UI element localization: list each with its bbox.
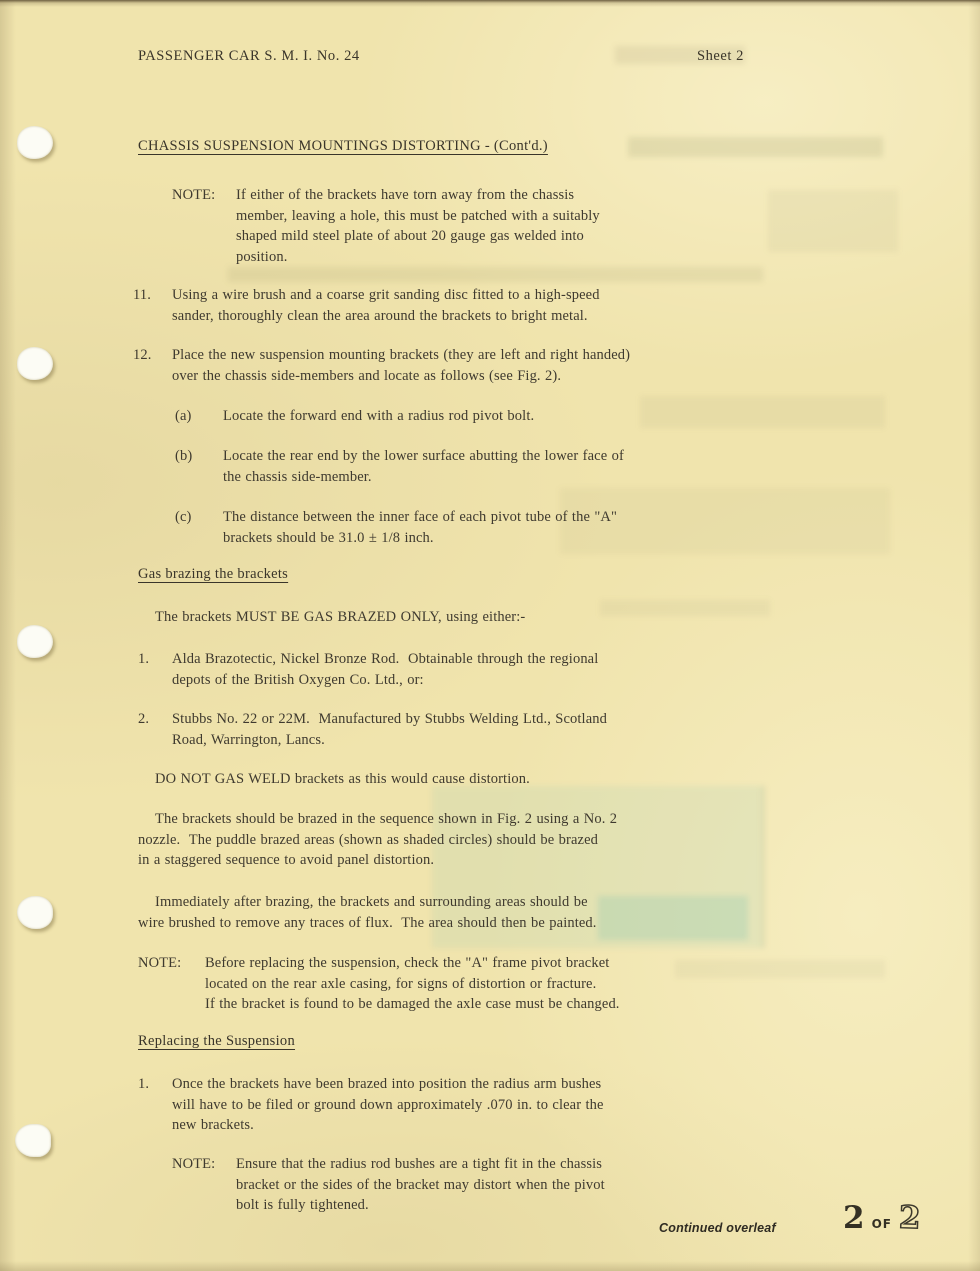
numbered-step: 12. Place the new suspension mounting br… [133, 345, 630, 386]
step-text: Using a wire brush and a coarse grit san… [172, 285, 600, 326]
page-number-of-label: OF [872, 1217, 892, 1231]
note-label: NOTE: [172, 185, 236, 206]
punch-hole [17, 126, 53, 159]
step-number: 12. [133, 345, 172, 366]
note-text: If either of the brackets have torn away… [236, 185, 600, 267]
body-paragraph: Immediately after brazing, the brackets … [138, 892, 597, 933]
substep-label: (c) [175, 507, 223, 528]
bleed-through-artifact [640, 396, 885, 428]
note-label: NOTE: [138, 953, 205, 974]
item-text: Stubbs No. 22 or 22M. Manufactured by St… [172, 709, 607, 750]
note-text: Ensure that the radius rod bushes are a … [236, 1154, 605, 1216]
item-number: 1. [138, 1074, 172, 1095]
scanned-document-page: PASSENGER CAR S. M. I. No. 24 Sheet 2 CH… [0, 0, 980, 1271]
body-paragraph: The brackets should be brazed in the seq… [138, 809, 617, 871]
substep: (b) Locate the rear end by the lower sur… [175, 446, 624, 487]
substep-text: The distance between the inner face of e… [223, 507, 617, 548]
section-heading-chassis-suspension: CHASSIS SUSPENSION MOUNTINGS DISTORTING … [138, 138, 548, 155]
warning-paragraph: DO NOT GAS WELD brackets as this would c… [155, 769, 530, 790]
item-text: Once the brackets have been brazed into … [172, 1074, 604, 1136]
bleed-through-artifact [228, 267, 763, 282]
section-heading-gas-brazing: Gas brazing the brackets [138, 566, 288, 583]
numbered-item: 2. Stubbs No. 22 or 22M. Manufactured by… [138, 709, 607, 750]
substep: (a) Locate the forward end with a radius… [175, 406, 534, 427]
step-text: Place the new suspension mounting bracke… [172, 345, 630, 386]
substep-label: (a) [175, 406, 223, 427]
note-label: NOTE: [172, 1154, 236, 1175]
page-number-current: 2 [843, 1203, 865, 1234]
note-text: Before replacing the suspension, check t… [205, 953, 620, 1015]
substep-text: Locate the forward end with a radius rod… [223, 406, 534, 427]
item-text: Alda Brazotectic, Nickel Bronze Rod. Obt… [172, 649, 598, 690]
bleed-through-artifact [675, 960, 885, 978]
page-number-indicator: 2 OF 2 [843, 1203, 921, 1234]
note-block: NOTE: Ensure that the radius rod bushes … [172, 1154, 605, 1216]
punch-hole [15, 1124, 51, 1157]
doc-reference: PASSENGER CAR S. M. I. No. 24 [138, 48, 360, 65]
continued-overleaf-note: Continued overleaf [659, 1221, 776, 1235]
substep-label: (b) [175, 446, 223, 467]
step-number: 11. [133, 285, 172, 306]
intro-paragraph: The brackets MUST BE GAS BRAZED ONLY, us… [155, 607, 525, 628]
punch-hole [17, 625, 53, 658]
note-block: NOTE: If either of the brackets have tor… [172, 185, 600, 267]
item-number: 2. [138, 709, 172, 730]
substep: (c) The distance between the inner face … [175, 507, 617, 548]
numbered-item: 1. Alda Brazotectic, Nickel Bronze Rod. … [138, 649, 598, 690]
note-block: NOTE: Before replacing the suspension, c… [138, 953, 620, 1015]
bleed-through-artifact [600, 600, 770, 616]
item-number: 1. [138, 649, 172, 670]
bleed-through-artifact [768, 190, 898, 252]
page-number-total: 2 [898, 1203, 921, 1235]
punch-hole [17, 896, 53, 929]
substep-text: Locate the rear end by the lower surface… [223, 446, 624, 487]
bleed-through-artifact [598, 896, 748, 940]
numbered-step: 11. Using a wire brush and a coarse grit… [133, 285, 600, 326]
section-heading-replacing-suspension: Replacing the Suspension [138, 1033, 295, 1050]
numbered-item: 1. Once the brackets have been brazed in… [138, 1074, 604, 1136]
punch-hole [17, 347, 53, 380]
bleed-through-artifact [628, 137, 883, 157]
sheet-number: Sheet 2 [697, 48, 744, 65]
